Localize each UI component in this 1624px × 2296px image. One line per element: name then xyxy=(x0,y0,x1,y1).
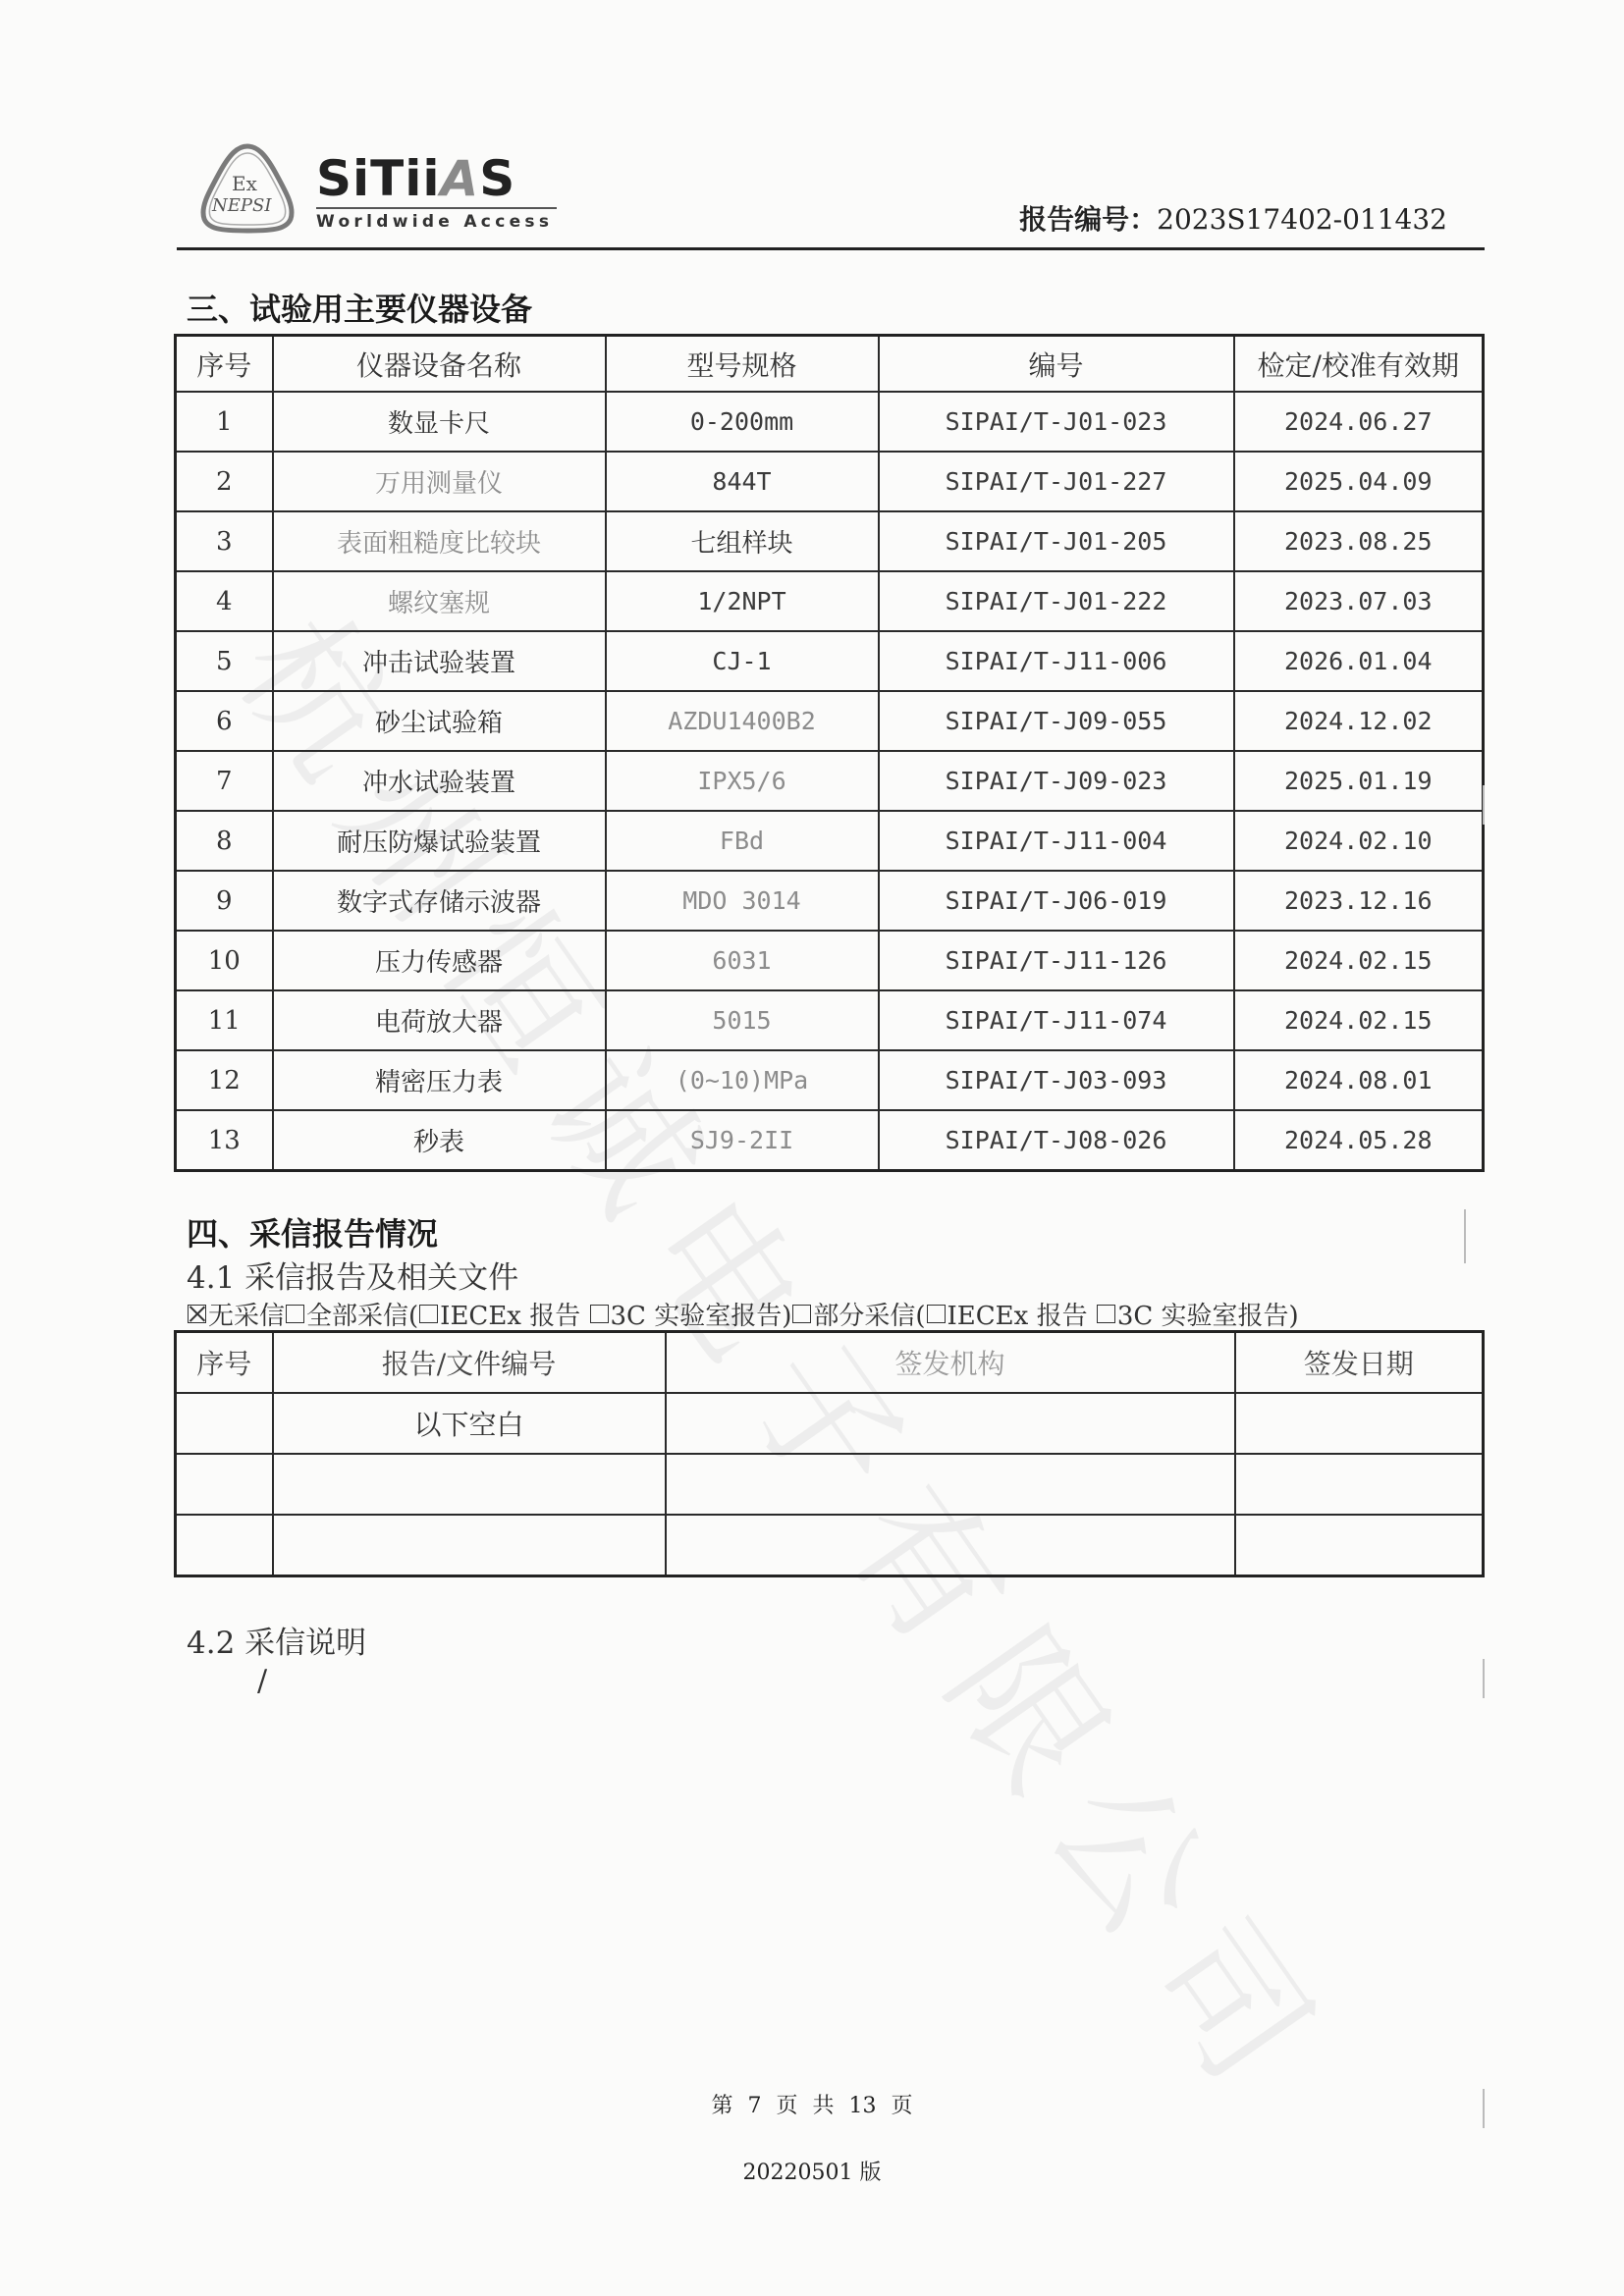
cell-no: 6 xyxy=(176,691,273,751)
option-none-label: 无采信 xyxy=(208,1302,285,1331)
col-header-doc: 报告/文件编号 xyxy=(273,1332,666,1394)
equipment-table: 序号 仪器设备名称 型号规格 编号 检定/校准有效期 1数显卡尺0-200mmS… xyxy=(174,334,1485,1172)
cell-no: 7 xyxy=(176,751,273,811)
cell-model: SJ9-2II xyxy=(606,1110,879,1171)
header-divider xyxy=(177,247,1485,250)
cell-valid: 2024.02.15 xyxy=(1234,990,1484,1050)
cell-issuer xyxy=(666,1515,1235,1576)
cell-date xyxy=(1235,1393,1484,1454)
checkbox-all-iecex[interactable] xyxy=(419,1305,438,1323)
adopted-reports-table: 序号 报告/文件编号 签发机构 签发日期 以下空白 xyxy=(174,1330,1485,1577)
cell-name: 砂尘试验箱 xyxy=(273,691,606,751)
scan-artifact xyxy=(1464,1209,1466,1263)
section4-1-title: 4.1 采信报告及相关文件 xyxy=(187,1253,518,1297)
cell-model: 1/2NPT xyxy=(606,571,879,631)
page-number: 第 7 页 共 13 页 xyxy=(0,2089,1624,2119)
cell-doc: 以下空白 xyxy=(273,1393,666,1454)
section4-2-body: / xyxy=(257,1664,267,1698)
cell-model: MDO 3014 xyxy=(606,871,879,931)
cell-model: 0-200mm xyxy=(606,392,879,452)
cell-no: 4 xyxy=(176,571,273,631)
cell-model: CJ-1 xyxy=(606,631,879,691)
report-number-value: 2023S17402-011432 xyxy=(1157,203,1447,236)
brand-name-main: SiTii xyxy=(316,150,441,207)
table-row: 4螺纹塞规1/2NPTSIPAI/T-J01-2222023.07.03 xyxy=(176,571,1484,631)
cell-no: 13 xyxy=(176,1110,273,1171)
report-number-label: 报告编号： xyxy=(1019,203,1157,236)
cell-date xyxy=(1235,1515,1484,1576)
cell-id: SIPAI/T-J01-227 xyxy=(879,452,1234,511)
table-row: 11电荷放大器5015SIPAI/T-J11-0742024.02.15 xyxy=(176,990,1484,1050)
cell-id: SIPAI/T-J01-205 xyxy=(879,511,1234,571)
cell-id: SIPAI/T-J01-023 xyxy=(879,392,1234,452)
checkbox-all[interactable] xyxy=(286,1305,304,1323)
cell-valid: 2023.12.16 xyxy=(1234,871,1484,931)
table-header-row: 序号 报告/文件编号 签发机构 签发日期 xyxy=(176,1332,1484,1394)
col-header-date: 签发日期 xyxy=(1235,1332,1484,1394)
cell-id: SIPAI/T-J08-026 xyxy=(879,1110,1234,1171)
cell-model: 5015 xyxy=(606,990,879,1050)
col-header-id: 编号 xyxy=(879,336,1234,393)
cell-valid: 2024.02.10 xyxy=(1234,811,1484,871)
cell-id: SIPAI/T-J01-222 xyxy=(879,571,1234,631)
cell-valid: 2024.02.15 xyxy=(1234,931,1484,990)
form-version: 20220501 版 xyxy=(0,2156,1624,2186)
cell-no: 2 xyxy=(176,452,273,511)
checkbox-partial[interactable] xyxy=(792,1305,811,1323)
cell-name: 冲水试验装置 xyxy=(273,751,606,811)
cell-doc xyxy=(273,1454,666,1515)
brand-tagline: Worldwide Access xyxy=(316,212,557,232)
cell-no xyxy=(176,1454,273,1515)
cell-name: 精密压力表 xyxy=(273,1050,606,1110)
report-number: 报告编号：2023S17402-011432 xyxy=(1019,198,1447,238)
section3-title: 三、试验用主要仪器设备 xyxy=(187,285,532,330)
option-partial-3c-label: 3C 实验室报告) xyxy=(1117,1302,1299,1331)
brand-rule xyxy=(316,207,557,209)
cell-doc xyxy=(273,1515,666,1576)
table-row: 6砂尘试验箱AZDU1400B2SIPAI/T-J09-0552024.12.0… xyxy=(176,691,1484,751)
checkbox-partial-iecex[interactable] xyxy=(927,1305,946,1323)
cell-no: 8 xyxy=(176,811,273,871)
col-header-name: 仪器设备名称 xyxy=(273,336,606,393)
col-header-no: 序号 xyxy=(176,1332,273,1394)
checkbox-partial-3c[interactable] xyxy=(1097,1305,1115,1323)
cell-id: SIPAI/T-J06-019 xyxy=(879,871,1234,931)
table-row: 3表面粗糙度比较块七组样块SIPAI/T-J01-2052023.08.25 xyxy=(176,511,1484,571)
cell-valid: 2026.01.04 xyxy=(1234,631,1484,691)
cell-issuer xyxy=(666,1454,1235,1515)
cell-model: (0~10)MPa xyxy=(606,1050,879,1110)
cell-id: SIPAI/T-J03-093 xyxy=(879,1050,1234,1110)
table-row: 以下空白 xyxy=(176,1393,1484,1454)
cell-model: 七组样块 xyxy=(606,511,879,571)
cell-valid: 2025.04.09 xyxy=(1234,452,1484,511)
badge-line1: Ex xyxy=(232,172,257,195)
cell-date xyxy=(1235,1454,1484,1515)
table-row: 13秒表SJ9-2IISIPAI/T-J08-0262024.05.28 xyxy=(176,1110,1484,1171)
brand-name: SiTiiAS xyxy=(316,152,557,205)
cell-id: SIPAI/T-J11-006 xyxy=(879,631,1234,691)
table-row: 7冲水试验装置IPX5/6SIPAI/T-J09-0232025.01.19 xyxy=(176,751,1484,811)
option-all-label: 全部采信( xyxy=(306,1302,418,1331)
table-row: 8耐压防爆试验装置FBdSIPAI/T-J11-0042024.02.10 xyxy=(176,811,1484,871)
badge-line2: NEPSI xyxy=(212,195,271,216)
cell-id: SIPAI/T-J11-074 xyxy=(879,990,1234,1050)
cell-no: 1 xyxy=(176,392,273,452)
cell-valid: 2024.06.27 xyxy=(1234,392,1484,452)
table-row: 12精密压力表(0~10)MPaSIPAI/T-J03-0932024.08.0… xyxy=(176,1050,1484,1110)
cell-model: FBd xyxy=(606,811,879,871)
brand-name-accent: A xyxy=(441,150,480,207)
cell-id: SIPAI/T-J09-055 xyxy=(879,691,1234,751)
scan-artifact xyxy=(1483,1659,1485,1698)
cell-name: 表面粗糙度比较块 xyxy=(273,511,606,571)
cell-valid: 2023.08.25 xyxy=(1234,511,1484,571)
col-header-valid: 检定/校准有效期 xyxy=(1234,336,1484,393)
brand-logo: SiTiiAS Worldwide Access xyxy=(316,152,557,232)
cell-id: SIPAI/T-J11-126 xyxy=(879,931,1234,990)
nepsi-logo: Ex NEPSI xyxy=(196,142,299,236)
cell-name: 数显卡尺 xyxy=(273,392,606,452)
cell-valid: 2024.08.01 xyxy=(1234,1050,1484,1110)
checkbox-all-3c[interactable] xyxy=(590,1305,609,1323)
table-row: 10压力传感器6031SIPAI/T-J11-1262024.02.15 xyxy=(176,931,1484,990)
cell-valid: 2024.05.28 xyxy=(1234,1110,1484,1171)
section4-2-title: 4.2 采信说明 xyxy=(187,1618,366,1662)
cell-no: 12 xyxy=(176,1050,273,1110)
cell-no: 5 xyxy=(176,631,273,691)
cell-valid: 2025.01.19 xyxy=(1234,751,1484,811)
section4-title: 四、采信报告情况 xyxy=(187,1209,438,1255)
col-header-issuer: 签发机构 xyxy=(666,1332,1235,1394)
cell-valid: 2024.12.02 xyxy=(1234,691,1484,751)
table-header-row: 序号 仪器设备名称 型号规格 编号 检定/校准有效期 xyxy=(176,336,1484,393)
cell-name: 耐压防爆试验装置 xyxy=(273,811,606,871)
table-row: 5冲击试验装置CJ-1SIPAI/T-J11-0062026.01.04 xyxy=(176,631,1484,691)
cell-no: 3 xyxy=(176,511,273,571)
cell-id: SIPAI/T-J09-023 xyxy=(879,751,1234,811)
col-header-no: 序号 xyxy=(176,336,273,393)
cell-name: 压力传感器 xyxy=(273,931,606,990)
cell-name: 电荷放大器 xyxy=(273,990,606,1050)
cell-model: 844T xyxy=(606,452,879,511)
cell-valid: 2023.07.03 xyxy=(1234,571,1484,631)
checkbox-none-checked[interactable] xyxy=(188,1305,206,1323)
cell-model: IPX5/6 xyxy=(606,751,879,811)
cell-name: 秒表 xyxy=(273,1110,606,1171)
scan-artifact xyxy=(1483,785,1485,825)
cell-model: 6031 xyxy=(606,931,879,990)
cell-issuer xyxy=(666,1393,1235,1454)
cell-model: AZDU1400B2 xyxy=(606,691,879,751)
cell-no: 9 xyxy=(176,871,273,931)
cell-name: 螺纹塞规 xyxy=(273,571,606,631)
table-row xyxy=(176,1454,1484,1515)
table-row: 1数显卡尺0-200mmSIPAI/T-J01-0232024.06.27 xyxy=(176,392,1484,452)
brand-name-end: S xyxy=(479,150,515,207)
table-row: 2万用测量仪844TSIPAI/T-J01-2272025.04.09 xyxy=(176,452,1484,511)
option-partial-iecex-label: IECEx 报告 xyxy=(947,1302,1088,1331)
option-partial-label: 部分采信( xyxy=(813,1302,925,1331)
option-all-3c-label: 3C 实验室报告) xyxy=(611,1302,792,1331)
option-all-iecex-label: IECEx 报告 xyxy=(440,1302,580,1331)
cell-name: 万用测量仪 xyxy=(273,452,606,511)
cell-no: 10 xyxy=(176,931,273,990)
cell-no xyxy=(176,1393,273,1454)
table-row xyxy=(176,1515,1484,1576)
col-header-model: 型号规格 xyxy=(606,336,879,393)
cell-no xyxy=(176,1515,273,1576)
table-row: 9数字式存储示波器MDO 3014SIPAI/T-J06-0192023.12.… xyxy=(176,871,1484,931)
cell-name: 数字式存储示波器 xyxy=(273,871,606,931)
adoption-options: 无采信全部采信(IECEx 报告 3C 实验室报告)部分采信(IECEx 报告 … xyxy=(187,1296,1299,1332)
cell-name: 冲击试验装置 xyxy=(273,631,606,691)
cell-no: 11 xyxy=(176,990,273,1050)
cell-id: SIPAI/T-J11-004 xyxy=(879,811,1234,871)
